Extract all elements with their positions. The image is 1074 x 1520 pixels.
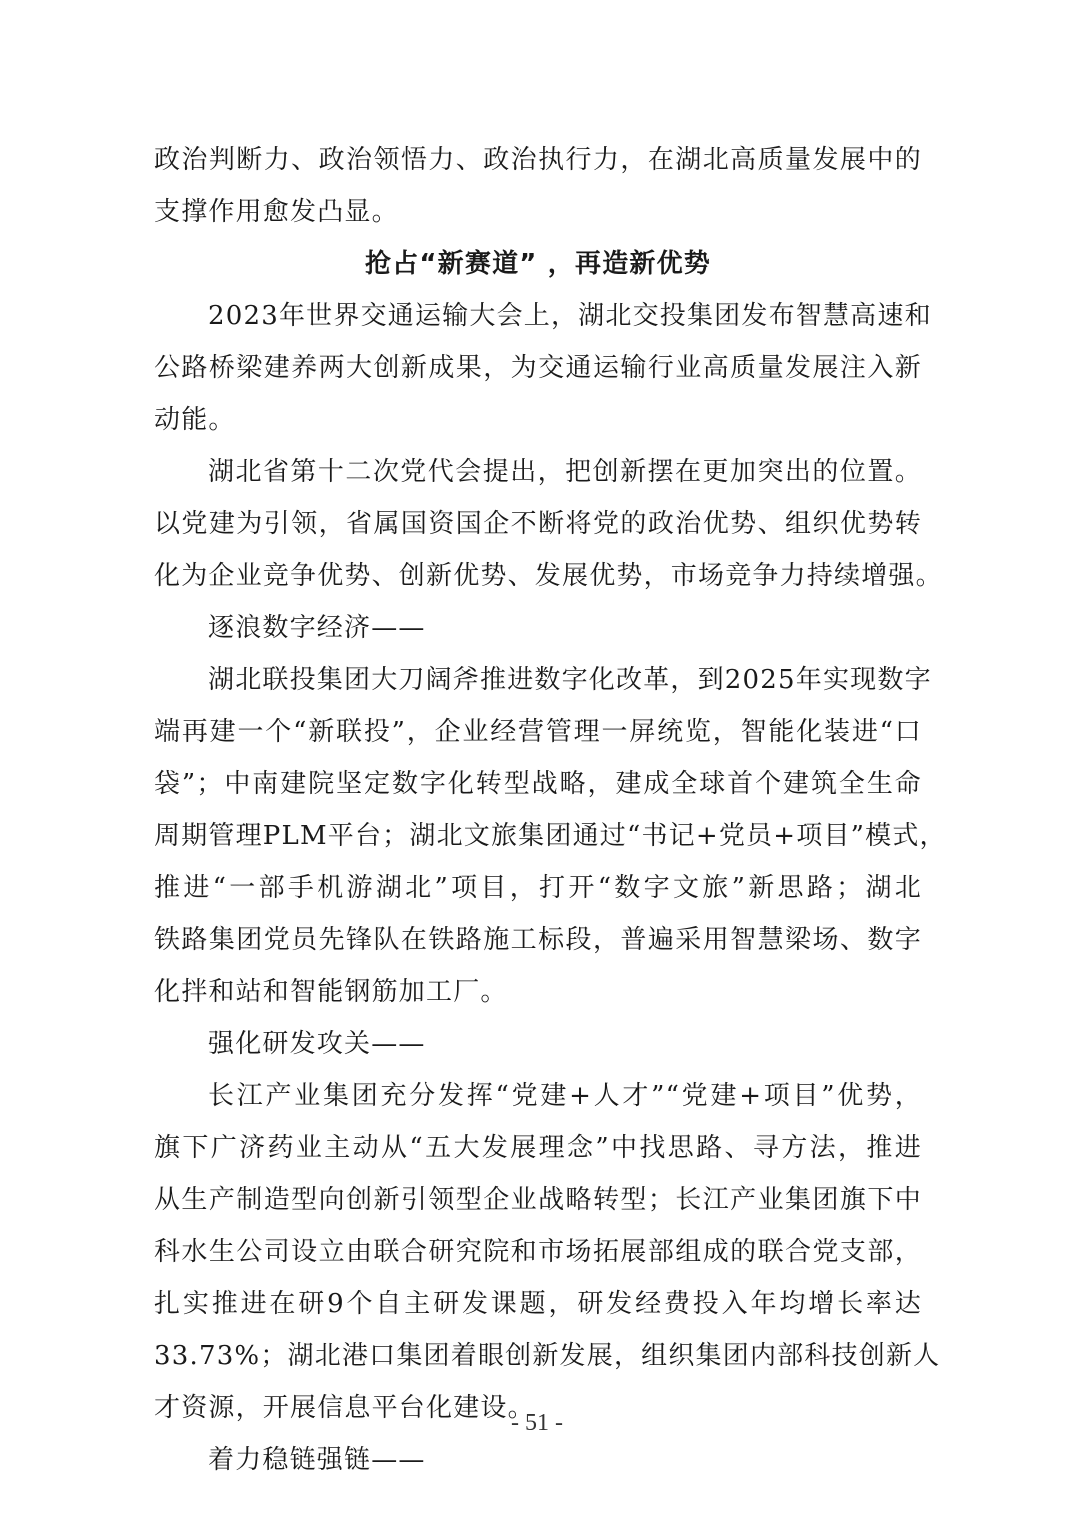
body-line: 铁路集团党员先锋队在铁路施工标段，普遍采用智慧梁场、数字 — [154, 914, 922, 966]
body-line: 推进“一部手机游湖北”项目，打开“数字文旅”新思路；湖北 — [154, 862, 922, 914]
body-line: 旗下广济药业主动从“五大发展理念”中找思路、寻方法，推进 — [154, 1122, 922, 1174]
body-line: 长江产业集团充分发挥“党建+人才”“党建+项目”优势， — [154, 1070, 922, 1122]
body-line: 政治判断力、政治领悟力、政治执行力，在湖北高质量发展中的 — [154, 134, 922, 186]
body-line: 支撑作用愈发凸显。 — [154, 186, 399, 238]
body-line: 湖北联投集团大刀阔斧推进数字化改革，到2025年实现数字 — [154, 654, 922, 706]
body-line: 从生产制造型向创新引领型企业战略转型；长江产业集团旗下中 — [154, 1174, 922, 1226]
subheading: 逐浪数字经济—— — [154, 602, 426, 654]
body-line: 33.73%；湖北港口集团着眼创新发展，组织集团内部科技创新人 — [154, 1330, 922, 1382]
section-heading: 抢占“新赛道” ，再造新优势 — [154, 238, 922, 290]
body-line: 科水生公司设立由联合研究院和市场拓展部组成的联合党支部， — [154, 1226, 922, 1278]
body-line: 化拌和站和智能钢筋加工厂。 — [154, 966, 508, 1018]
body-line: 湖北省第十二次党代会提出，把创新摆在更加突出的位置。 — [154, 446, 922, 498]
body-line: 端再建一个“新联投”，企业经营管理一屏统览，智能化装进“口 — [154, 706, 922, 758]
body-line: 2023年世界交通运输大会上，湖北交投集团发布智慧高速和 — [154, 290, 922, 342]
subheading: 强化研发攻关—— — [154, 1018, 426, 1070]
body-line: 动能。 — [154, 394, 236, 446]
page-number: - 51 - — [0, 1410, 1074, 1437]
subheading: 着力稳链强链—— — [154, 1434, 426, 1486]
body-line: 周期管理PLM平台；湖北文旅集团通过“书记+党员+项目”模式， — [154, 810, 922, 862]
body-line: 袋”；中南建院坚定数字化转型战略，建成全球首个建筑全生命 — [154, 758, 922, 810]
body-line: 化为企业竞争优势、创新优势、发展优势，市场竞争力持续增强。 — [154, 550, 922, 602]
body-line: 扎实推进在研9个自主研发课题，研发经费投入年均增长率达 — [154, 1278, 922, 1330]
body-line: 公路桥梁建养两大创新成果，为交通运输行业高质量发展注入新 — [154, 342, 922, 394]
body-line: 以党建为引领，省属国资国企不断将党的政治优势、组织优势转 — [154, 498, 922, 550]
